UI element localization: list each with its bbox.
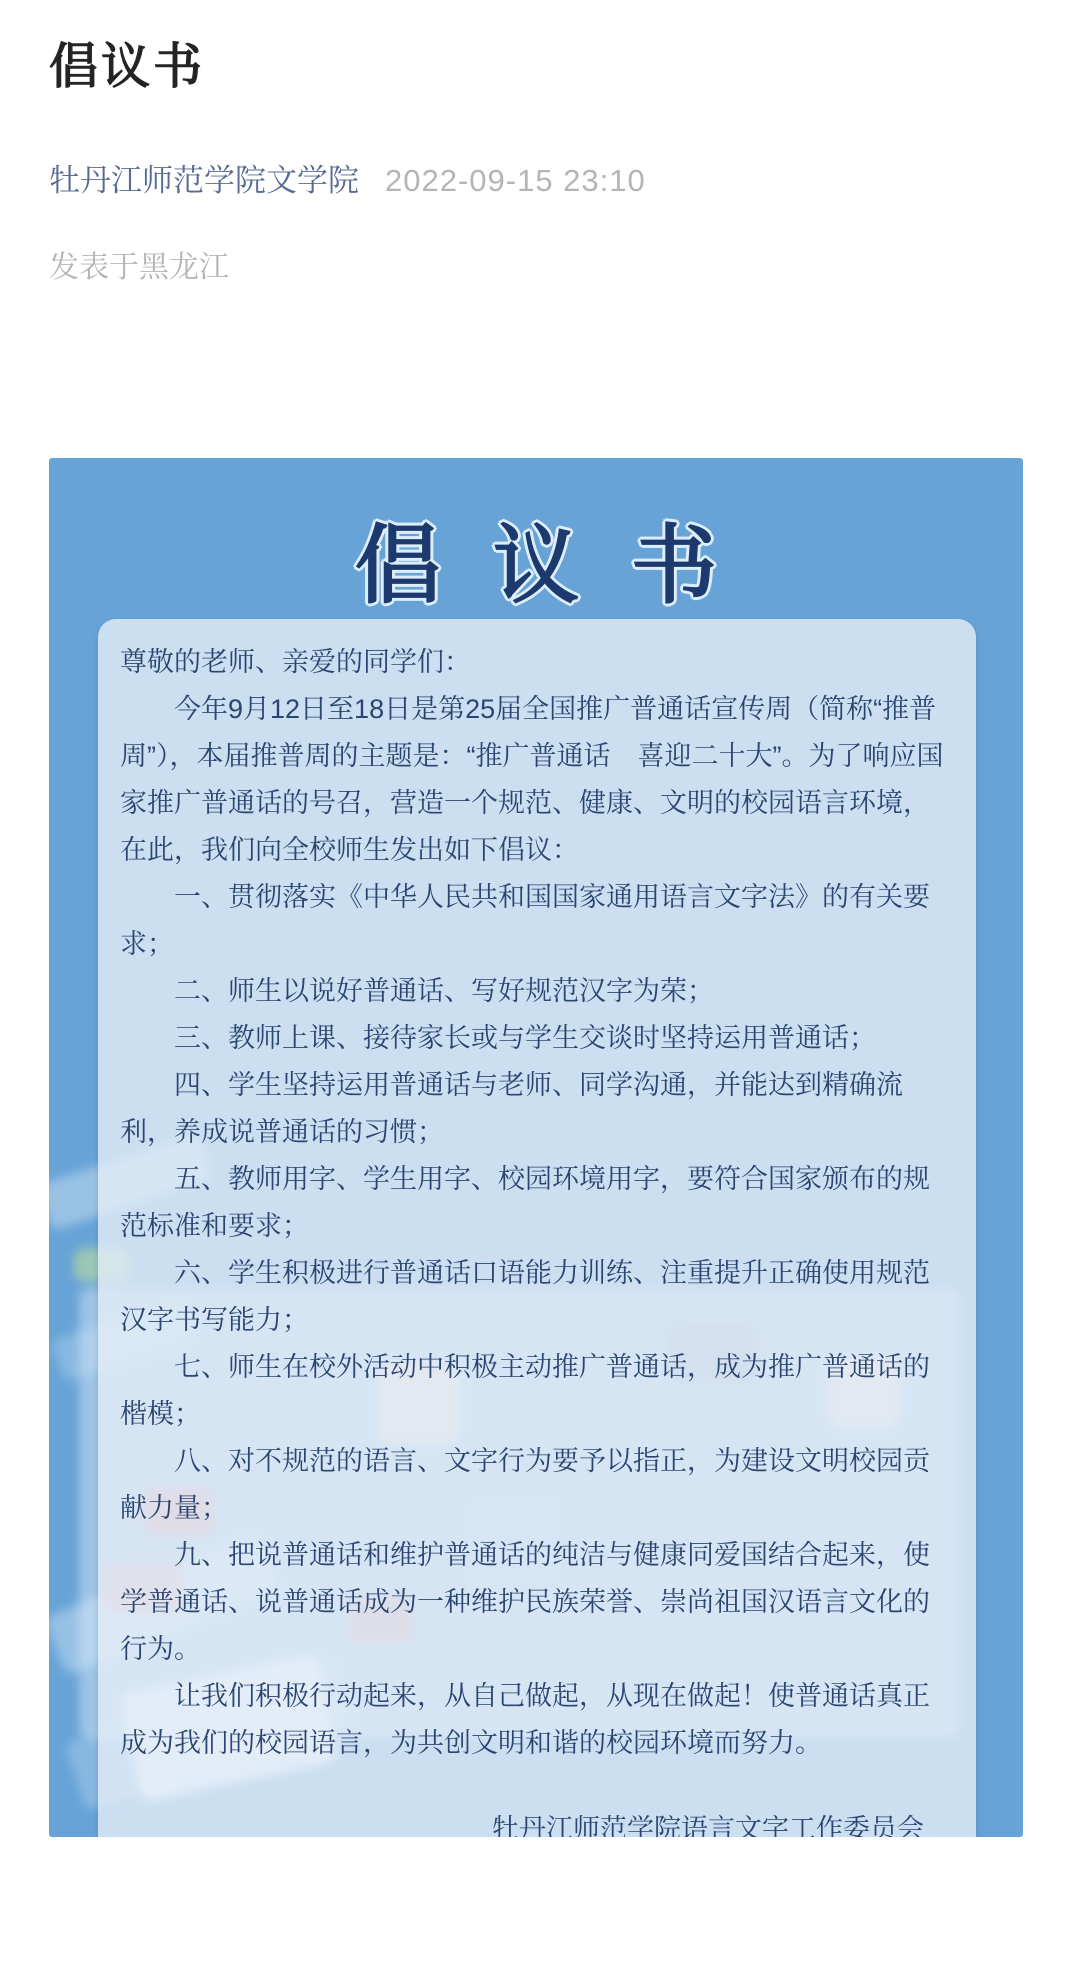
poster-paragraph: 四、学生坚持运用普通话与老师、同学沟通，并能达到精确流利，养成说普通话的习惯；: [120, 1062, 954, 1156]
page-title: 倡议书: [49, 0, 1023, 97]
publish-time: 2022-09-15 23:10: [385, 163, 646, 199]
poster-paragraph: 六、学生积极进行普通话口语能力训练、注重提升正确使用规范汉字书写能力；: [120, 1250, 954, 1344]
salutation: 尊敬的老师、亲爱的同学们：: [120, 639, 954, 686]
poster-paragraph: 三、教师上课、接待家长或与学生交谈时坚持运用普通话；: [120, 1015, 954, 1062]
poster-paragraph: 九、把说普通话和维护普通话的纯洁与健康同爱国结合起来，使学普通话、说普通话成为一…: [120, 1532, 954, 1673]
publish-location: 发表于黑龙江: [49, 242, 1023, 286]
proposal-paragraphs: 今年9月12日至18日是第25届全国推广普通话宣传周（简称“推普周”），本届推普…: [120, 686, 954, 1767]
poster-title: 倡议书: [49, 496, 1023, 620]
poster-paragraph: 五、教师用字、学生用字、校园环境用字，要符合国家颁布的规范标准和要求；: [120, 1156, 954, 1250]
poster-paragraph: 二、师生以说好普通话、写好规范汉字为荣；: [120, 968, 954, 1015]
poster-paragraph: 一、贯彻落实《中华人民共和国国家通用语言文字法》的有关要求；: [120, 874, 954, 968]
poster-paragraph: 今年9月12日至18日是第25届全国推广普通话宣传周（简称“推普周”），本届推普…: [120, 686, 954, 874]
article-page: 倡议书 牡丹江师范学院文学院 2022-09-15 23:10 发表于黑龙江 倡…: [0, 0, 1072, 1837]
poster-paragraph: 让我们积极行动起来，从自己做起，从现在做起！使普通话真正成为我们的校园语言，为共…: [120, 1673, 954, 1767]
poster-text-panel: 尊敬的老师、亲爱的同学们： 今年9月12日至18日是第25届全国推广普通话宣传周…: [98, 619, 976, 1837]
byline: 牡丹江师范学院文学院 2022-09-15 23:10: [49, 155, 1023, 200]
proposal-poster-image[interactable]: 倡议书 尊敬的老师、亲爱的同学们： 今年9月12日至18日是第25届全国推广普通…: [49, 458, 1023, 1837]
account-name-link[interactable]: 牡丹江师范学院文学院: [49, 155, 359, 200]
poster-paragraph: 七、师生在校外活动中积极主动推广普通话，成为推广普通话的楷模；: [120, 1344, 954, 1438]
poster-paragraph: 八、对不规范的语言、文字行为要予以指正，为建设文明校园贡献力量；: [120, 1438, 954, 1532]
signature-block: 牡丹江师范学院语言文字工作委员会 2022年9月12日: [492, 1807, 924, 1837]
signature-name: 牡丹江师范学院语言文字工作委员会: [492, 1807, 924, 1837]
